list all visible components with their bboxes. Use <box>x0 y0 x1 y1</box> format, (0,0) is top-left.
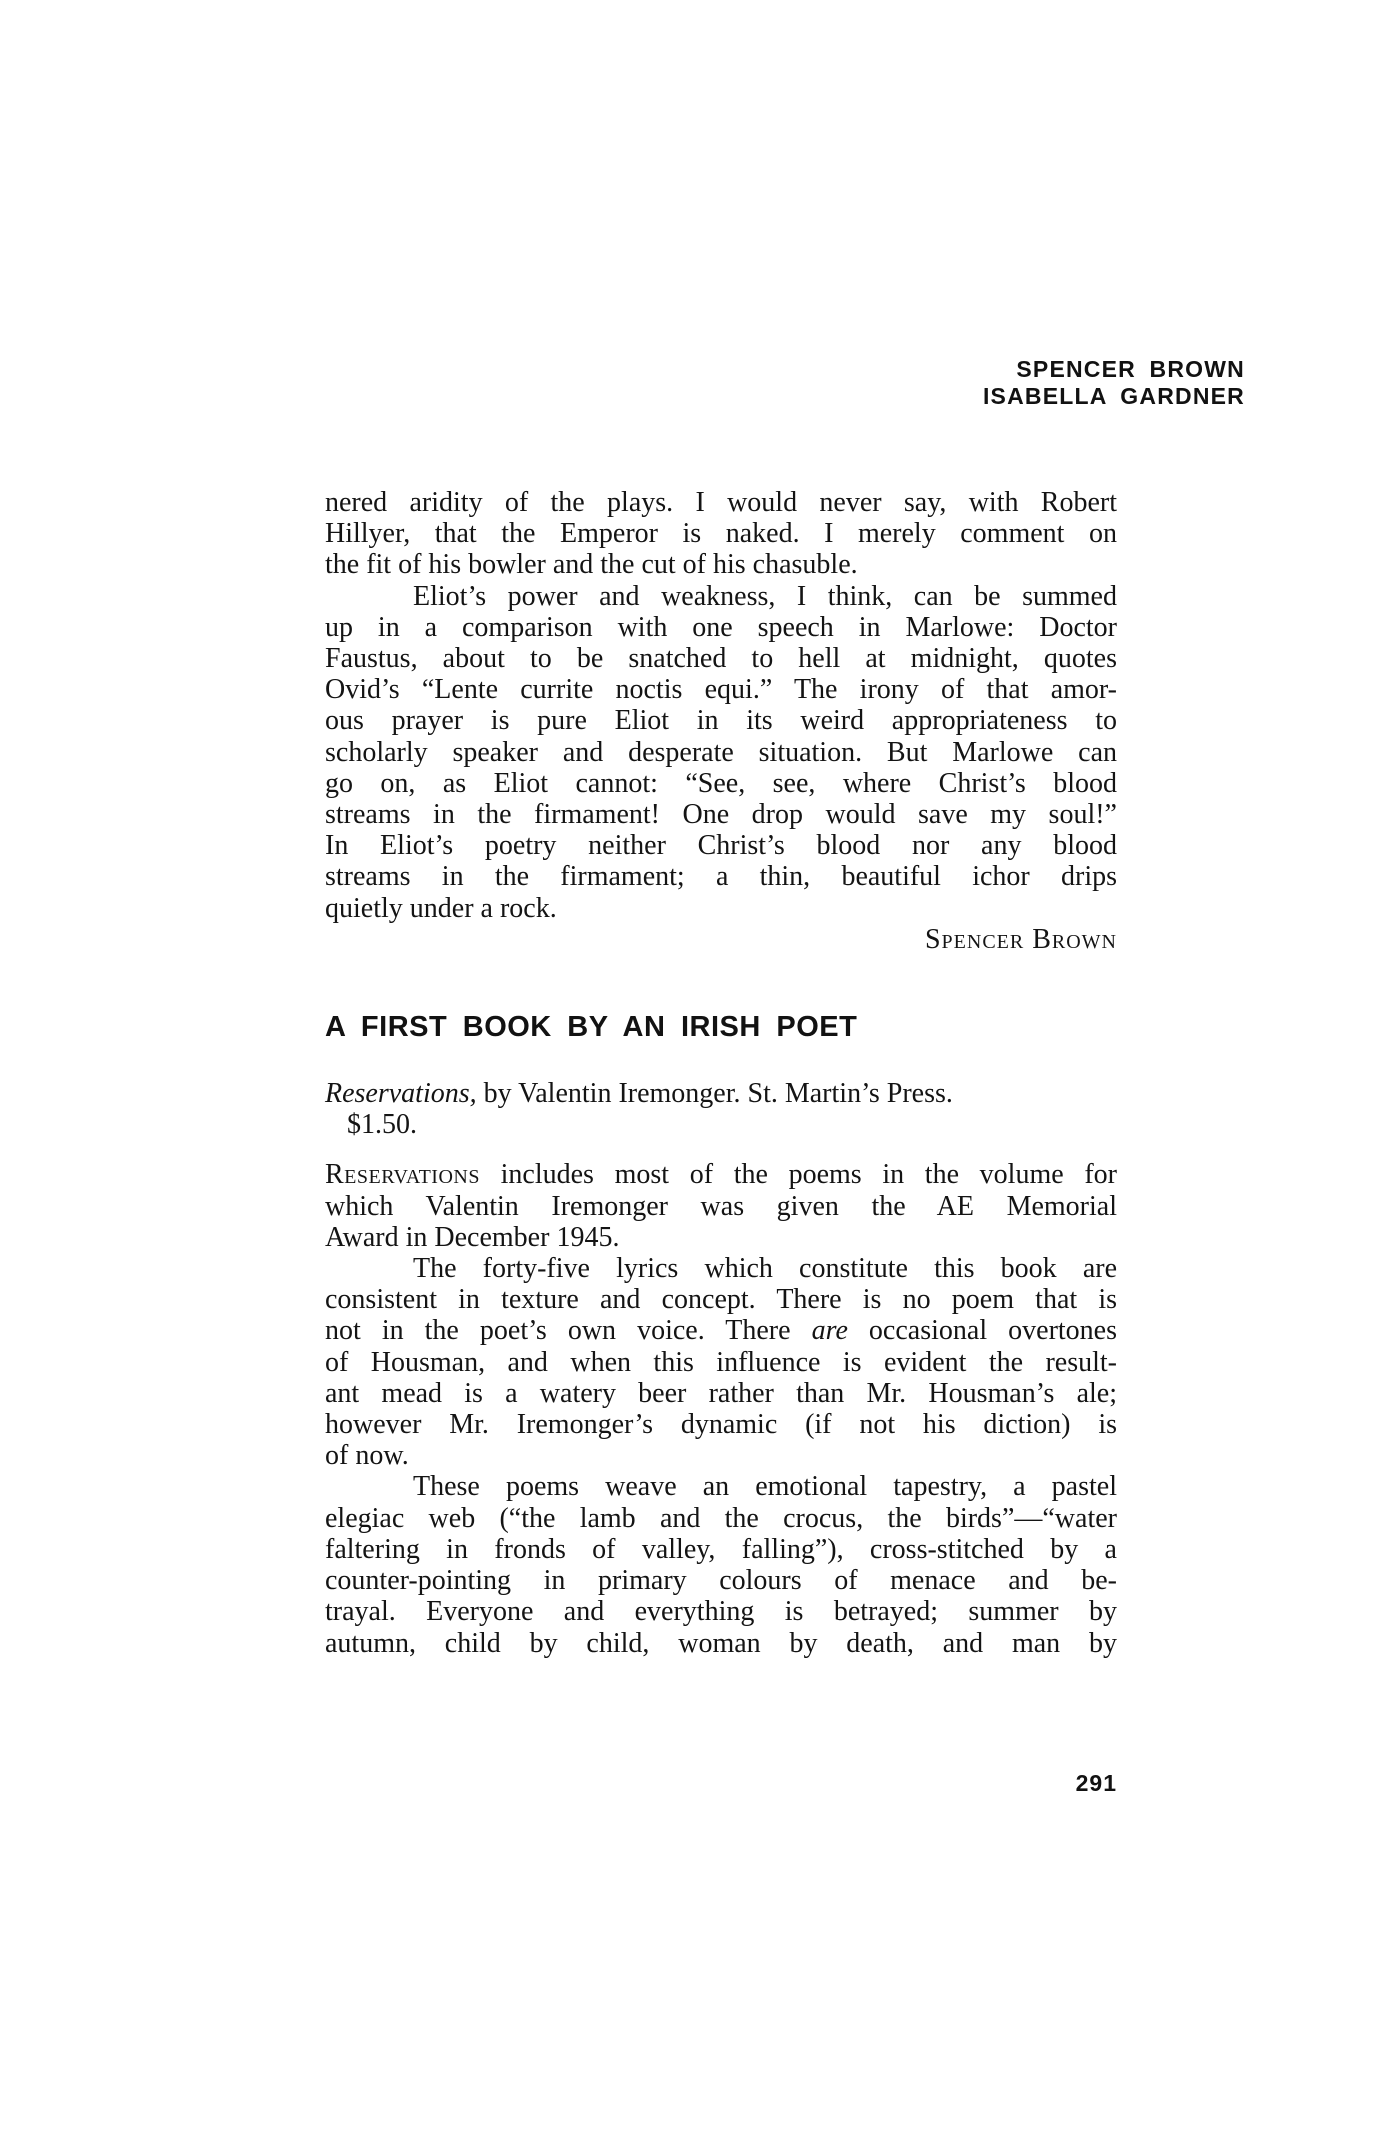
text-line: streams in the firmament; a thin, beauti… <box>325 861 1117 892</box>
text-line: ant mead is a watery beer rather than Mr… <box>325 1378 1117 1409</box>
text-line: however Mr. Iremonger’s dynamic (if not … <box>325 1409 1117 1440</box>
paragraph-tapestry: These poems weave an emotional tapestry,… <box>325 1471 1117 1658</box>
book-citation: Reservations, by Valentin Iremonger. St.… <box>325 1078 1117 1140</box>
paragraph-lyrics: The forty-five lyrics which constitute t… <box>325 1253 1117 1471</box>
text-line: In Eliot’s poetry neither Christ’s blood… <box>325 830 1117 861</box>
citation-price: $1.50. <box>325 1109 1117 1140</box>
paragraph-eliot-power: Eliot’s power and weakness, I think, can… <box>325 581 1117 924</box>
citation-line: Reservations, by Valentin Iremonger. St.… <box>325 1078 1117 1109</box>
running-head-author-1: SPENCER BROWN <box>983 356 1245 383</box>
text-line: scholarly speaker and desperate situatio… <box>325 737 1117 768</box>
book-title: Reservations, <box>325 1078 477 1109</box>
text-line: of now. <box>325 1440 1117 1471</box>
review-author-signature: Spencer Brown <box>325 924 1117 955</box>
text-line: autumn, child by child, woman by death, … <box>325 1628 1117 1659</box>
text-line-segment: not in the poet’s own voice. There <box>325 1315 812 1346</box>
text-line: faltering in fronds of valley, falling”)… <box>325 1534 1117 1565</box>
text-line: the fit of his bowler and the cut of his… <box>325 549 1117 580</box>
text-line: up in a comparison with one speech in Ma… <box>325 612 1117 643</box>
text-line: go on, as Eliot cannot: “See, see, where… <box>325 768 1117 799</box>
text-line: nered aridity of the plays. I would neve… <box>325 487 1117 518</box>
text-line: Reservations includes most of the poems … <box>325 1159 1117 1190</box>
text-line: trayal. Everyone and everything is betra… <box>325 1596 1117 1627</box>
text-line: counter-pointing in primary colours of m… <box>325 1565 1117 1596</box>
text-line: of Housman, and when this influence is e… <box>325 1347 1117 1378</box>
text-line: which Valentin Iremonger was given the A… <box>325 1191 1117 1222</box>
emphasis-word: are <box>812 1315 848 1346</box>
scanned-book-page: SPENCER BROWN ISABELLA GARDNER nered ari… <box>0 0 1400 2154</box>
text-line-rest: includes most of the poems in the volume… <box>480 1159 1117 1190</box>
text-line: consistent in texture and concept. There… <box>325 1284 1117 1315</box>
text-column: nered aridity of the plays. I would neve… <box>325 487 1117 1659</box>
text-line: These poems weave an emotional tapestry,… <box>325 1471 1117 1502</box>
paragraph-reservations: Reservations includes most of the poems … <box>325 1159 1117 1253</box>
text-line: quietly under a rock. <box>325 893 1117 924</box>
citation-publisher: by Valentin Iremonger. St. Martin’s Pres… <box>477 1078 953 1109</box>
running-head: SPENCER BROWN ISABELLA GARDNER <box>983 356 1245 410</box>
text-line: Eliot’s power and weakness, I think, can… <box>325 581 1117 612</box>
text-line-segment: occasional overtones <box>848 1315 1117 1346</box>
text-line: Award in December 1945. <box>325 1222 1117 1253</box>
text-line: The forty-five lyrics which constitute t… <box>325 1253 1117 1284</box>
text-line: ous prayer is pure Eliot in its weird ap… <box>325 705 1117 736</box>
text-line: streams in the firmament! One drop would… <box>325 799 1117 830</box>
text-line: Ovid’s “Lente currite noctis equi.” The … <box>325 674 1117 705</box>
section-heading: A FIRST BOOK BY AN IRISH POET <box>325 1009 1117 1045</box>
text-line: Faustus, about to be snatched to hell at… <box>325 643 1117 674</box>
paragraph-continuation: nered aridity of the plays. I would neve… <box>325 487 1117 581</box>
running-head-author-2: ISABELLA GARDNER <box>983 383 1245 410</box>
text-line: elegiac web (“the lamb and the crocus, t… <box>325 1503 1117 1534</box>
text-line: not in the poet’s own voice. There are o… <box>325 1315 1117 1346</box>
page-number: 291 <box>1076 1770 1117 1797</box>
lead-word-smallcaps: Reservations <box>325 1159 480 1190</box>
text-line: Hillyer, that the Emperor is naked. I me… <box>325 518 1117 549</box>
